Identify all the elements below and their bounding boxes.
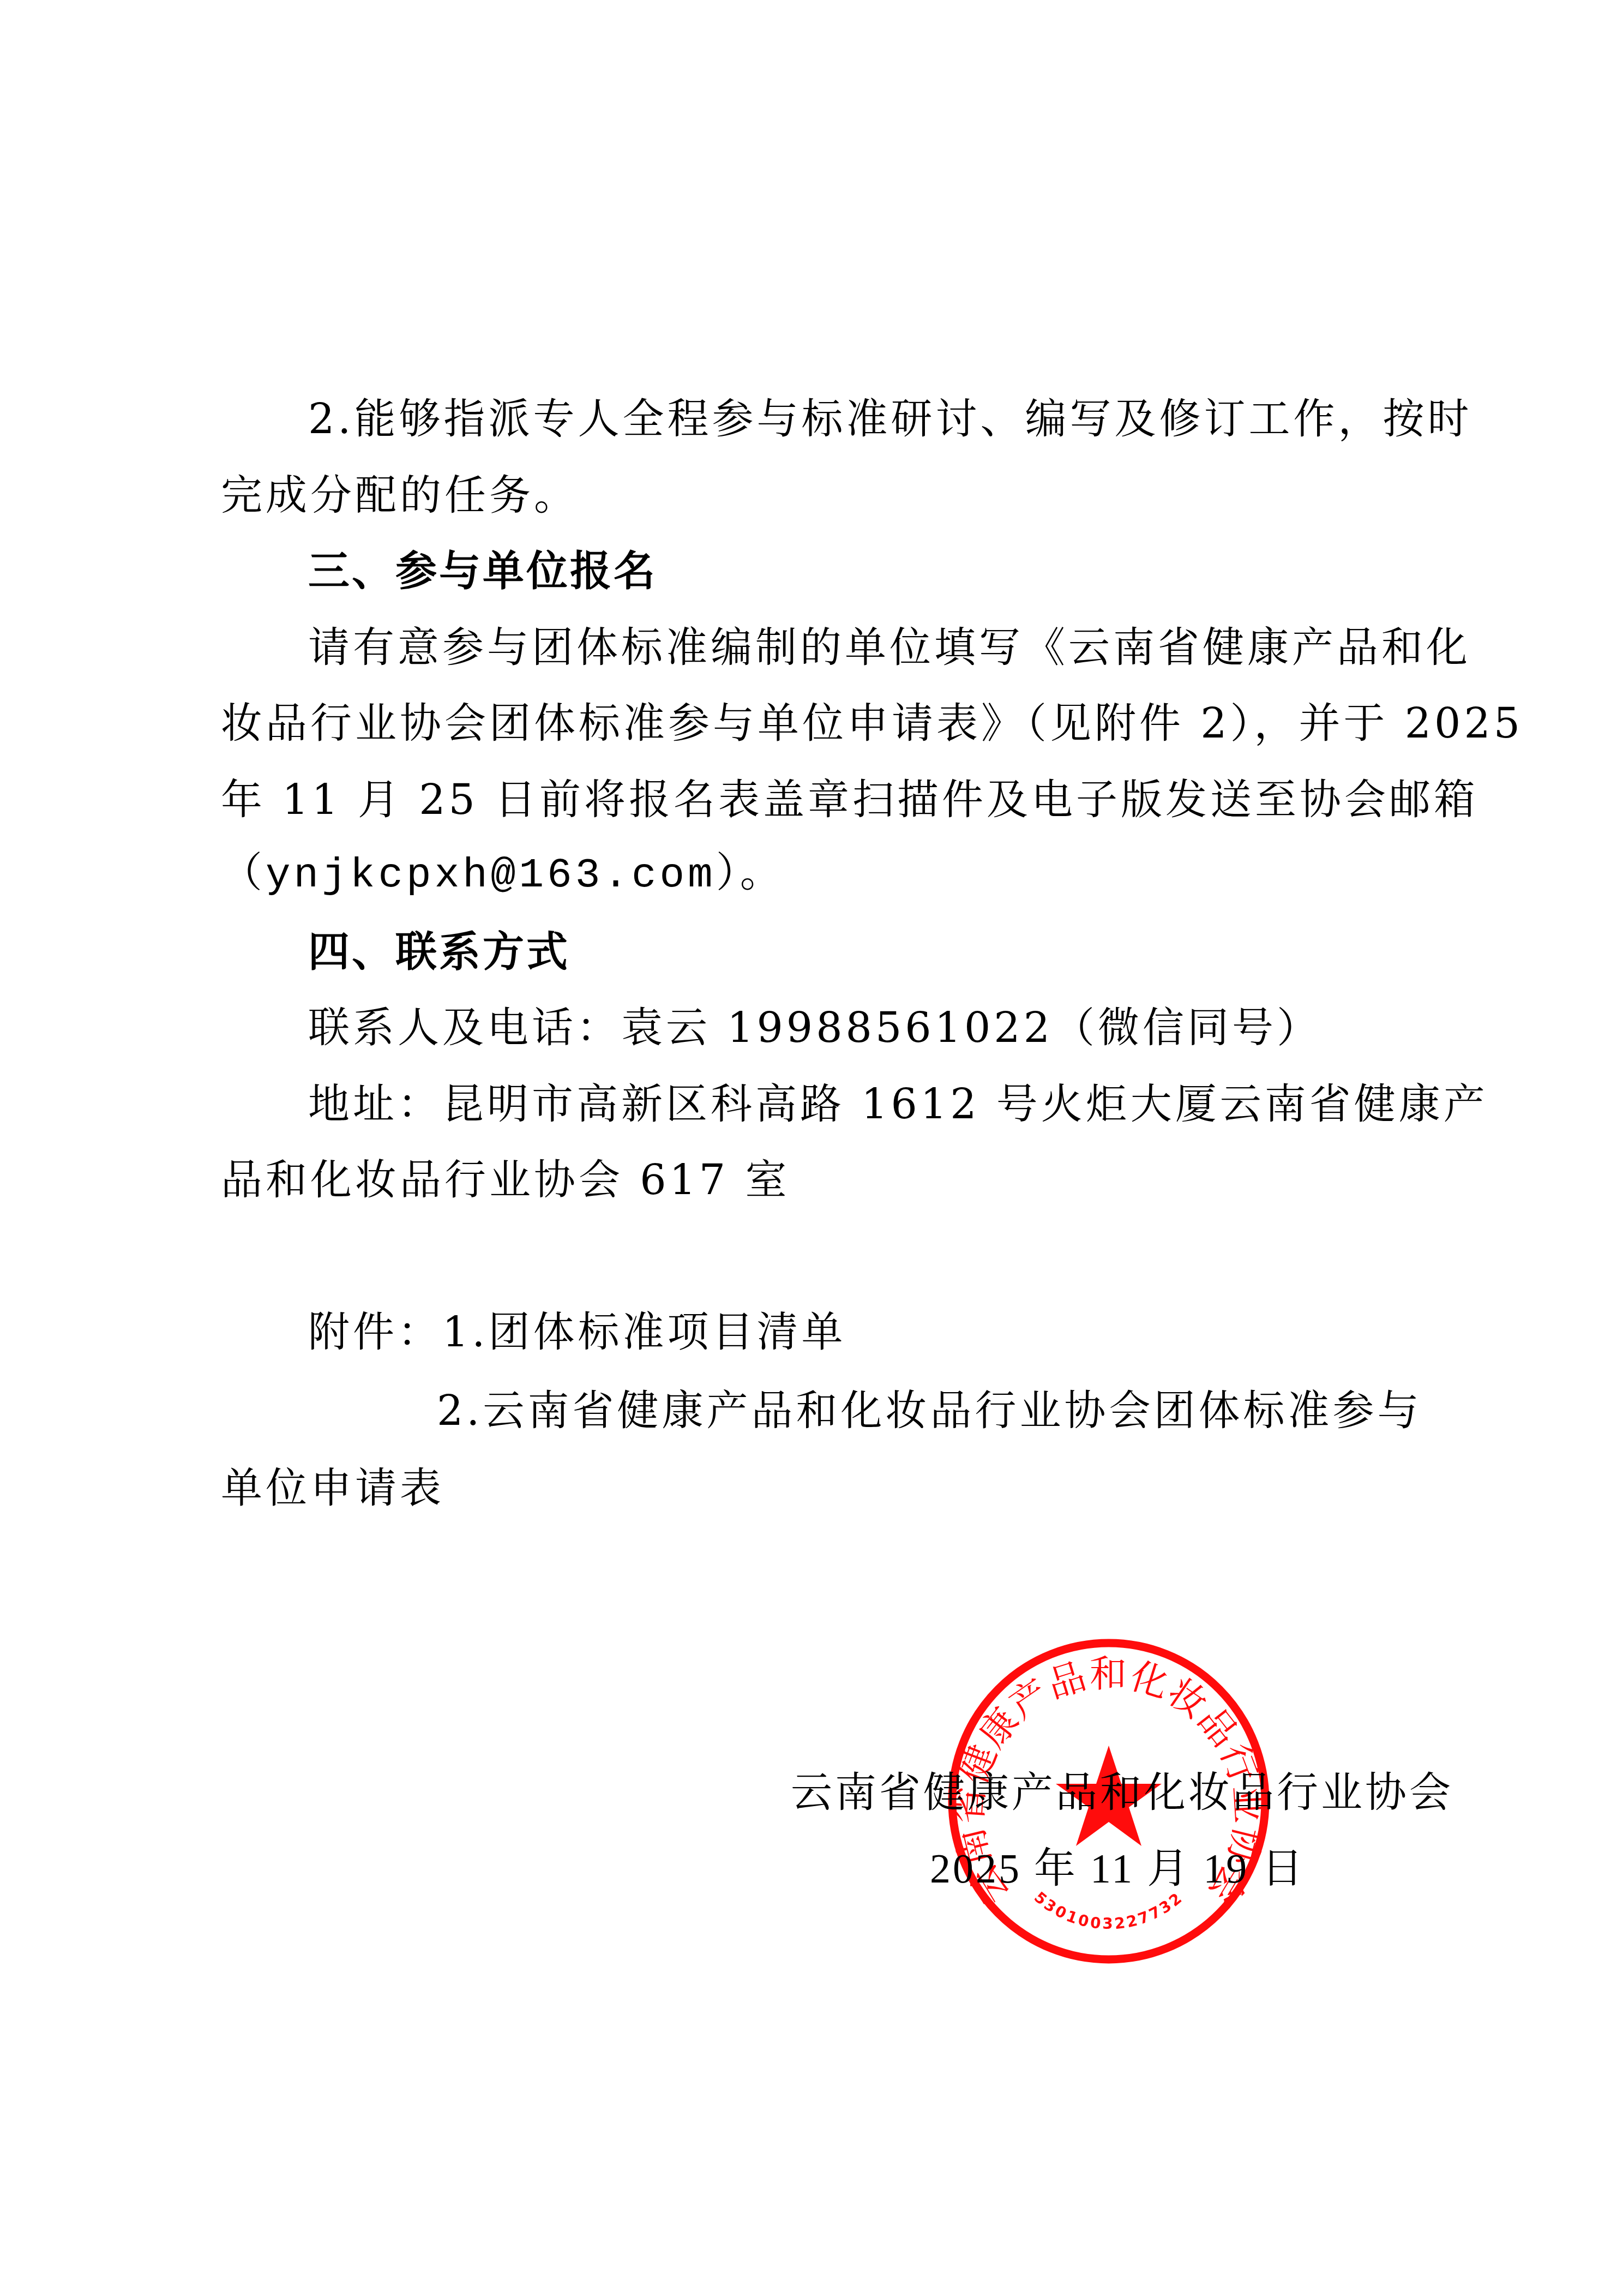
paragraph-registration-line3: 年 11 月 25 日前将报名表盖章扫描件及电子版发送至协会邮箱 xyxy=(221,762,1423,838)
signature-date: 2025 年 11 月 19 日 xyxy=(930,1836,1273,1902)
section-heading-registration: 三、参与单位报名 xyxy=(308,533,1423,609)
paragraph-registration-line2: 妆品行业协会团体标准参与单位申请表》（见附件 2），并于 2025 xyxy=(221,685,1423,762)
address-line2: 品和化妆品行业协会 617 室 xyxy=(221,1142,1423,1218)
document-page: 2.能够指派专人全程参与标准研讨、编写及修订工作，按时 完成分配的任务。 三、参… xyxy=(0,0,1623,2296)
attachment-item2-line1: 2.云南省健康产品和化妆品行业协会团体标准参与 xyxy=(437,1372,1423,1449)
paragraph-registration-line1: 请有意参与团体标准编制的单位填写《云南省健康产品和化 xyxy=(308,609,1423,686)
attachment-label-line: 附件：1.团体标准项目清单 xyxy=(308,1294,1423,1370)
contact-person-line: 联系人及电话：袁云 19988561022（微信同号） xyxy=(308,990,1423,1066)
attachment-item2-line2: 单位申请表 xyxy=(221,1450,1423,1526)
paragraph-item2-line1: 2.能够指派专人全程参与标准研讨、编写及修订工作，按时 xyxy=(308,381,1423,457)
address-line1: 地址：昆明市高新区科高路 1612 号火炬大厦云南省健康产 xyxy=(308,1066,1423,1142)
email-line: （ynjkcpxh@163.com）。 xyxy=(221,837,1423,914)
signature-organization: 云南省健康产品和化妆品行业协会 xyxy=(791,1760,1423,1825)
section-heading-contact: 四、联系方式 xyxy=(308,914,1423,990)
paragraph-item2-line2: 完成分配的任务。 xyxy=(221,457,1423,533)
